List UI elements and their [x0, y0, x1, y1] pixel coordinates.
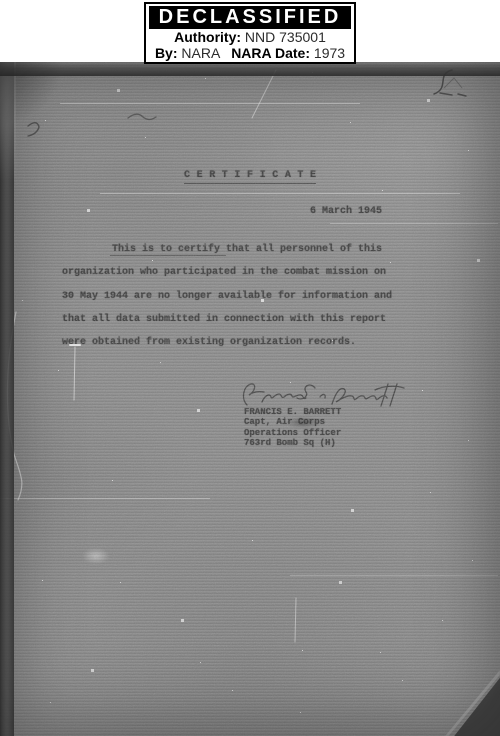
signer-name: FRANCIS E. BARRETT — [244, 407, 341, 417]
body-line: organization who participated in the com… — [62, 261, 412, 284]
ink-smudge-artifact — [286, 417, 320, 428]
by-label: By: — [155, 45, 178, 61]
body-line: 30 May 1944 are no longer available for … — [62, 285, 412, 308]
underline-artifact — [110, 255, 226, 256]
body-line: were obtained from existing organization… — [62, 331, 412, 354]
scratch-artifact — [0, 498, 210, 499]
body-line: that all data submitted in connection wi… — [62, 308, 412, 331]
light-blob-artifact — [82, 548, 110, 564]
signer-unit: 763rd Bomb Sq (H) — [244, 438, 341, 448]
declassified-stamp: DECLASSIFIED Authority: NND 735001 By: N… — [144, 2, 356, 64]
document-date: 6 March 1945 — [310, 206, 382, 217]
nara-date-value: 1973 — [314, 45, 345, 61]
dust-speckles — [0, 62, 1, 63]
scan-edge-bottom — [0, 62, 500, 76]
scan-edge-highlight — [0, 62, 16, 182]
scan-edge-right — [0, 62, 14, 736]
scratch-artifact — [100, 193, 460, 194]
scratch-artifact — [60, 103, 360, 104]
authority-value: NND 735001 — [245, 29, 326, 45]
scratch-artifact — [290, 575, 498, 576]
scanned-document: C E R T I F I C A T E 6 March 1945 This … — [0, 62, 500, 736]
certificate-title: C E R T I F I C A T E — [184, 170, 316, 184]
by-value: NARA — [181, 45, 220, 61]
nara-date-label: NARA Date: — [231, 45, 310, 61]
scan-corner-shadow — [0, 62, 70, 132]
authority-label: Authority: — [174, 29, 241, 45]
declassified-banner: DECLASSIFIED — [149, 6, 351, 29]
authority-line: Authority: NND 735001 — [149, 29, 351, 45]
scan-edge-left — [0, 62, 8, 736]
nara-line: By: NARA NARA Date: 1973 — [149, 45, 351, 61]
signer-title: Operations Officer — [244, 428, 341, 438]
document-page: DECLASSIFIED Authority: NND 735001 By: N… — [0, 0, 500, 736]
body-line: This is to certify that all personnel of… — [62, 238, 412, 261]
scratch-artifact — [330, 223, 498, 224]
declassified-title: DECLASSIFIED — [159, 6, 342, 28]
